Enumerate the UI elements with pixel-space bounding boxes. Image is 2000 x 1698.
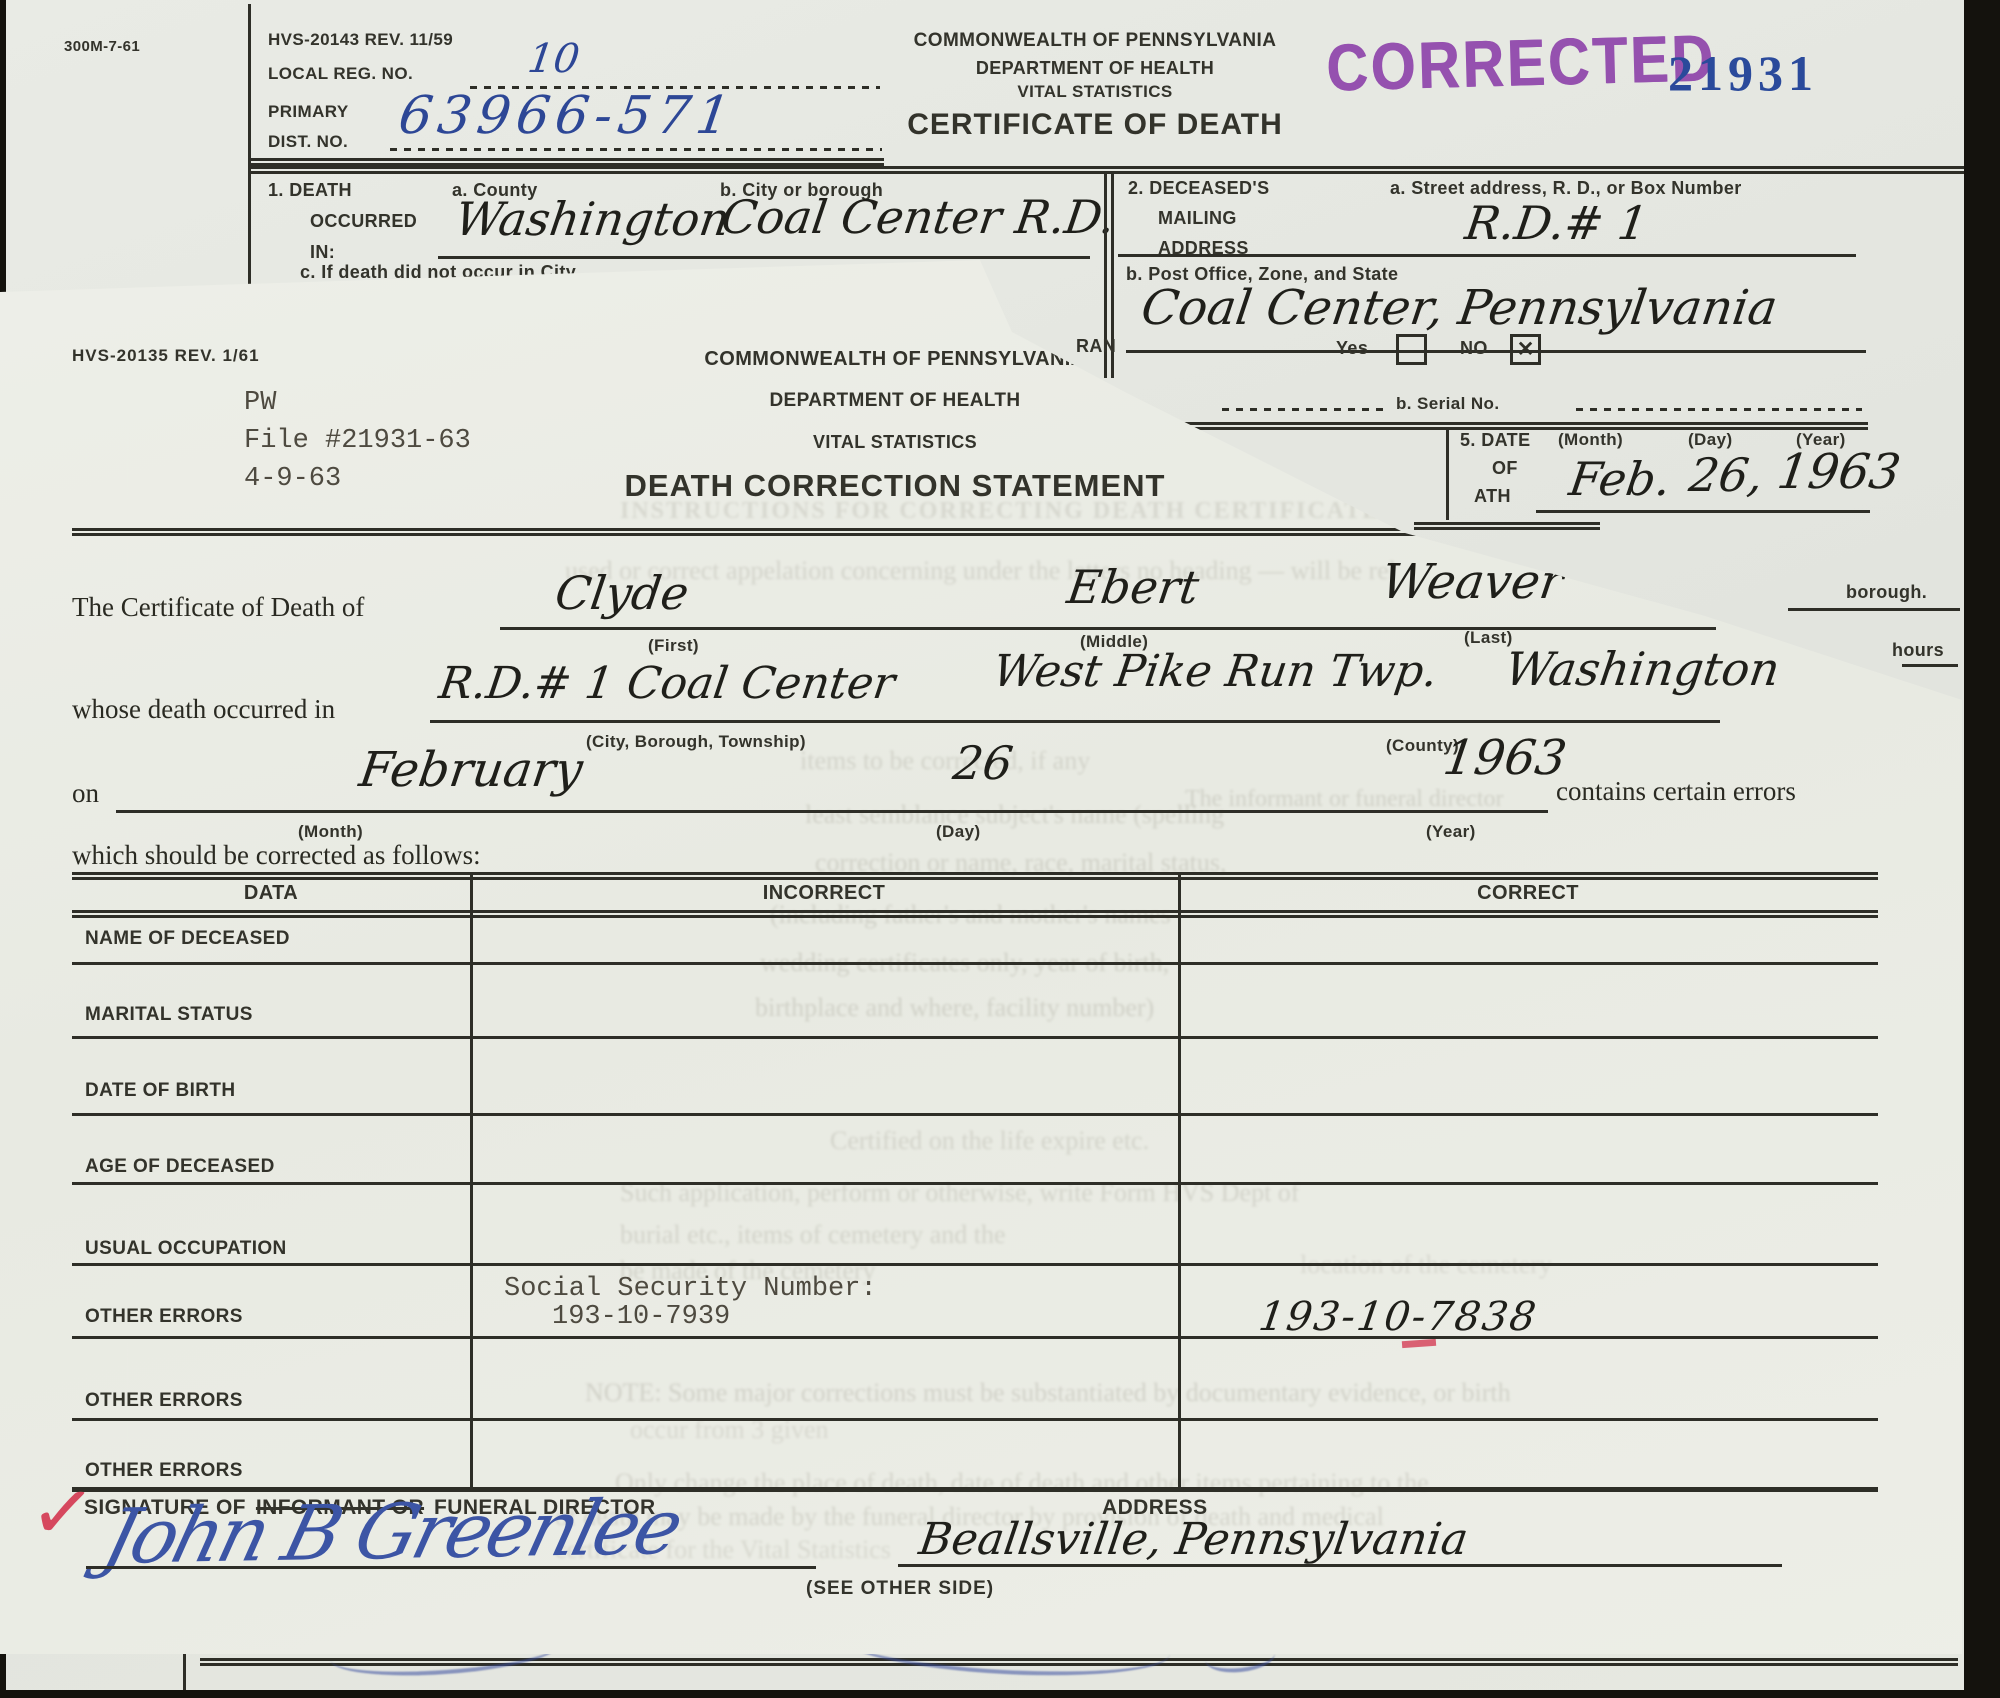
typed-pw: PW [244, 388, 276, 418]
table-header-rule [72, 910, 1878, 918]
row-label-usual-occupation: USUAL OCCUPATION [85, 1238, 287, 1260]
title-rule [72, 528, 1602, 536]
section-rule [250, 158, 884, 166]
day-label: (Day) [1688, 430, 1733, 450]
typed-file-number: File #21931-63 [244, 426, 471, 456]
row-label-other-errors-2: OTHER ERRORS [85, 1390, 243, 1412]
address-value: Beallsville, Pennsylvania [916, 1514, 1471, 1565]
address-underline [898, 1564, 1782, 1567]
death-month-value: Feb. [1566, 452, 1674, 506]
day-label: (Day) [936, 822, 981, 842]
death-occurred-label-2: OCCURRED [310, 211, 417, 232]
primary-dist-value: 63966-571 [395, 86, 740, 146]
local-reg-label: LOCAL REG. NO. [268, 64, 413, 84]
month-label: (Month) [298, 822, 363, 842]
correction-form-number: HVS-20135 REV. 1/61 [72, 346, 260, 366]
date-underline [1536, 510, 1870, 513]
table-row-rule [72, 1036, 1878, 1039]
cert-department: DEPARTMENT OF HEALTH [860, 58, 1330, 79]
corrected-as-follows-label: which should be corrected as follows: [72, 840, 481, 871]
borough-label-partial: borough. [1846, 582, 1927, 603]
certificate-of-label: The Certificate of Death of [72, 592, 364, 623]
deceased-mailing-label-2: MAILING [1158, 208, 1237, 229]
serial-no-label: b. Serial No. [1396, 394, 1499, 414]
field-underline [1118, 254, 1856, 257]
certificate-form-number: HVS-20143 REV. 11/59 [268, 30, 453, 50]
month-of-death-value: February [356, 742, 586, 798]
serial-line-right [1576, 408, 1862, 411]
death-occurred-label-3: IN: [310, 242, 335, 263]
correction-vital-statistics: VITAL STATISTICS [590, 432, 1200, 453]
hours-label-partial: hours [1892, 640, 1944, 661]
row-label-marital-status: MARITAL STATUS [85, 1004, 253, 1026]
incorrect-ssn-caption: Social Security Number: [504, 1274, 877, 1304]
city-borough-township-label: (City, Borough, Township) [586, 732, 806, 752]
deceased-mailing-label-1: 2. DECEASED'S [1128, 178, 1270, 199]
veteran-yes-checkbox [1396, 334, 1427, 365]
serial-line-left [1222, 408, 1390, 411]
veteran-no-label: NO [1460, 338, 1488, 359]
post-office-value: Coal Center, Pennsylvania [1138, 280, 1781, 336]
cert-vital-statistics: VITAL STATISTICS [860, 82, 1330, 102]
typed-date: 4-9-63 [244, 464, 341, 494]
year-of-death-value: 1963 [1440, 730, 1570, 786]
cert-commonwealth: COMMONWEALTH OF PENNSYLVANIA [860, 30, 1330, 52]
date-of-death-label-1: 5. DATE [1460, 430, 1530, 451]
day-of-death-value: 26 [950, 736, 1016, 790]
street-address-value: R.D.# 1 [1462, 196, 1651, 250]
signature-underline [86, 1566, 816, 1569]
bottom-page-divider [183, 1650, 186, 1690]
divider-vertical [248, 4, 251, 286]
county-of-death-value: Washington [1502, 642, 1783, 696]
first-label: (First) [648, 636, 699, 656]
county-value: Washington [452, 192, 733, 246]
veteran-no-checkbox-checked: ✕ [1510, 334, 1541, 365]
see-other-side-label: (SEE OTHER SIDE) [806, 1578, 994, 1600]
section-rule [1128, 422, 1868, 430]
row-label-other-errors-3: OTHER ERRORS [85, 1460, 243, 1482]
table-row-rule [72, 1418, 1878, 1421]
dist-no-label: DIST. NO. [268, 132, 348, 152]
correction-department: DEPARTMENT OF HEALTH [590, 390, 1200, 412]
scanned-document: 300M-7-61 HVS-20143 REV. 11/59 LOCAL REG… [0, 0, 2000, 1698]
date-of-death-label-3-partial: ATH [1474, 486, 1511, 507]
date-underline [116, 810, 1548, 813]
table-row-rule [72, 1182, 1878, 1185]
local-reg-value: 10 [525, 36, 582, 82]
township-value: West Pike Run Twp. [990, 646, 1441, 697]
row-label-date-of-birth: DATE OF BIRTH [85, 1080, 236, 1102]
on-label: on [72, 778, 99, 809]
middle-name-value: Ebert [1064, 560, 1202, 614]
correct-ssn-value: 193-10-7838 [1256, 1294, 1541, 1340]
table-top-rule [72, 872, 1878, 880]
edge-rule [1788, 608, 1960, 611]
table-row-rule [72, 1336, 1878, 1339]
corrected-stamp: CORRECTED [1325, 19, 1716, 106]
first-name-value: Clyde [552, 566, 692, 620]
occurred-in-label: whose death occurred in [72, 694, 335, 725]
month-label: (Month) [1558, 430, 1623, 450]
death-day-value: 26, [1686, 448, 1767, 502]
field-underline [438, 256, 1090, 259]
table-row-rule [72, 1263, 1878, 1266]
place-underline [430, 720, 1720, 723]
contains-errors-label: contains certain errors [1556, 776, 1796, 807]
row-label-name-of-deceased: NAME OF DECEASED [85, 928, 290, 950]
veteran-label-partial: RAN [1076, 336, 1116, 357]
table-header-correct: CORRECT [1178, 882, 1878, 905]
year-label: (Year) [1426, 822, 1476, 842]
table-row-rule [72, 962, 1878, 965]
veteran-yes-label: Yes [1336, 338, 1368, 359]
name-underline [500, 627, 1716, 630]
correction-title: DEATH CORRECTION STATEMENT [560, 468, 1230, 504]
city-borough-value: Coal Center R.D. [718, 190, 1119, 244]
certificate-title: CERTIFICATE OF DEATH [860, 108, 1330, 142]
edge-rule [1902, 664, 1958, 667]
table-header-incorrect: INCORRECT [470, 882, 1178, 905]
printer-plate: 300M-7-61 [64, 38, 140, 55]
death-occurred-label-1: 1. DEATH [268, 180, 352, 201]
certificate-number: 21931 [1668, 44, 1818, 102]
place-of-death-value: R.D.# 1 Coal Center [436, 658, 898, 709]
date-of-death-label-2: OF [1492, 458, 1518, 479]
death-year-value: 1963 [1774, 444, 1904, 500]
incorrect-ssn-value: 193-10-7939 [552, 1302, 730, 1332]
row-label-other-errors-1: OTHER ERRORS [85, 1306, 243, 1328]
section-rule-partial [1414, 522, 1600, 530]
dist-no-line [390, 148, 882, 151]
date-divider [1446, 428, 1449, 520]
field-underline [1126, 350, 1866, 353]
last-label: (Last) [1464, 628, 1513, 648]
table-header-data: DATA [72, 882, 470, 905]
row-label-age-of-deceased: AGE OF DECEASED [85, 1156, 275, 1178]
primary-label: PRIMARY [268, 102, 349, 122]
table-row-rule [72, 1113, 1878, 1116]
